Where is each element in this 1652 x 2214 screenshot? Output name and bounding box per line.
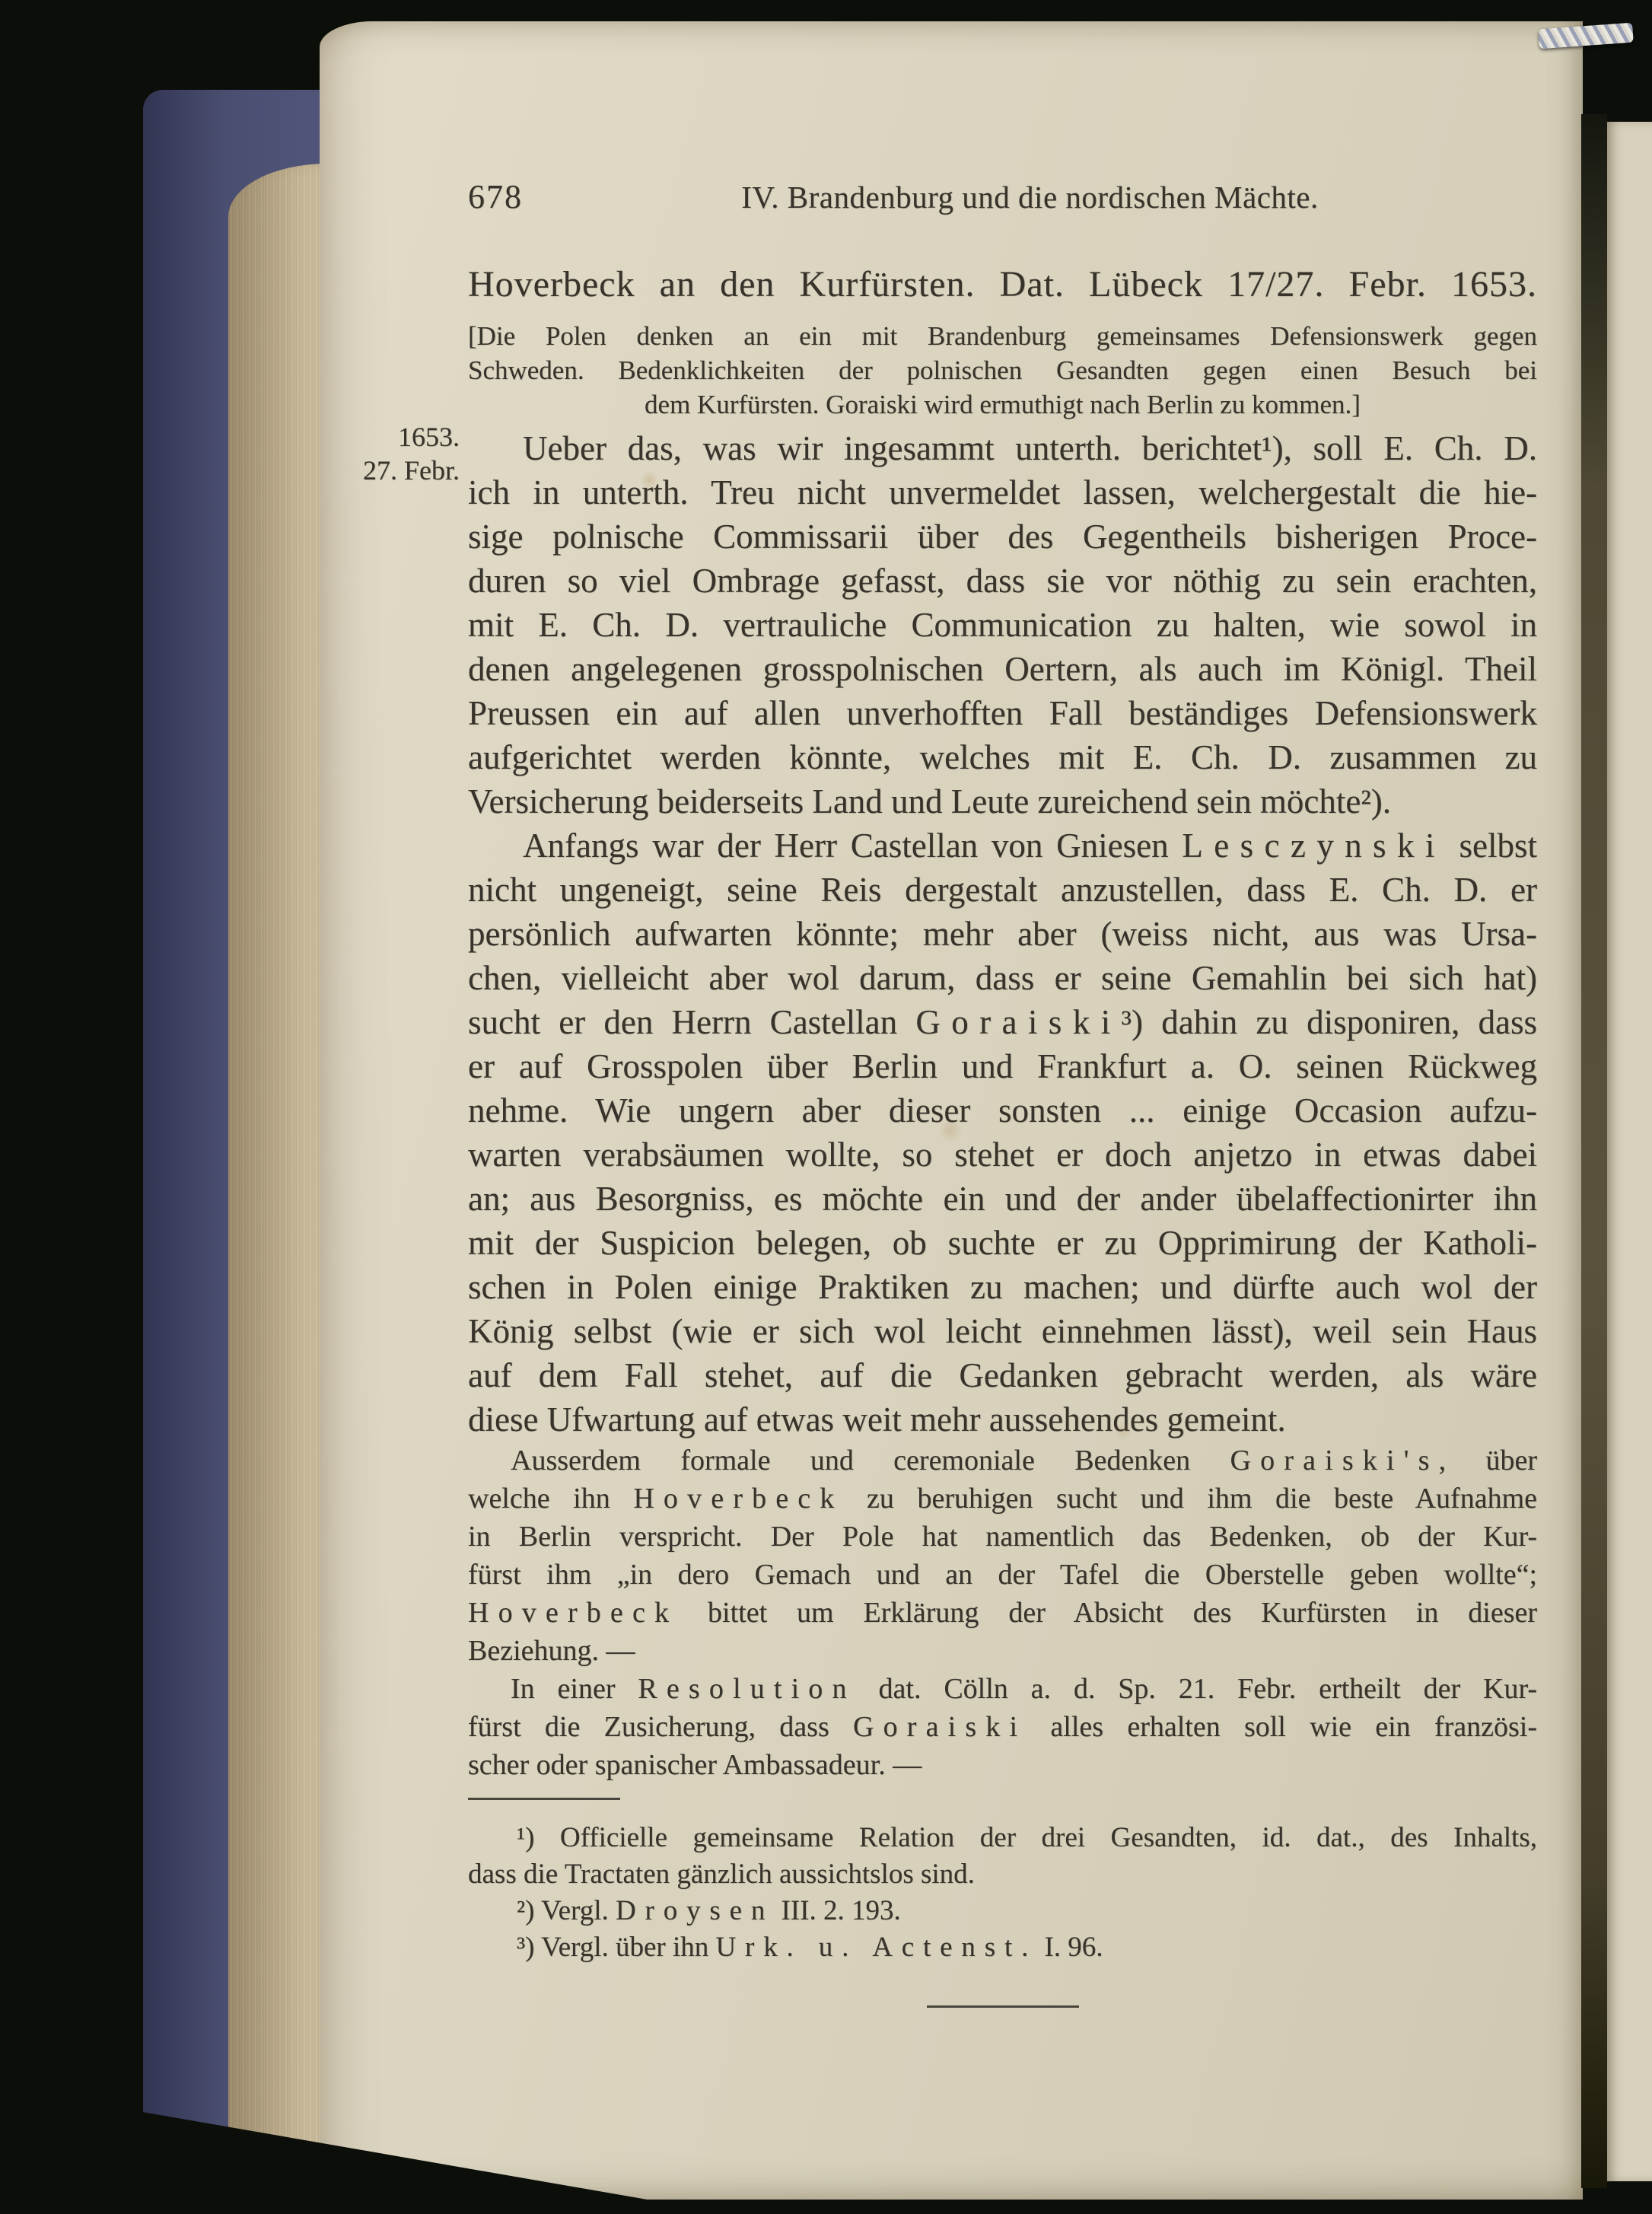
text-line: mit der Suspicion belegen, ob suchte er … (468, 1221, 1537, 1265)
text-line: Ausserdem formale und ceremoniale Bedenk… (468, 1441, 1537, 1480)
paragraph: Anfangs war der Herr Castellan von Gnies… (468, 823, 1537, 1441)
text-line: diese Ufwartung auf etwas weit mehr auss… (468, 1397, 1537, 1441)
text-line: ¹) Officielle gemeinsame Relation der dr… (468, 1820, 1537, 1856)
page-head: 678 IV. Brandenburg und die nordischen M… (468, 177, 1537, 217)
footnotes: ¹) Officielle gemeinsame Relation der dr… (468, 1820, 1537, 1966)
letterspaced-text: Droysen (616, 1895, 774, 1926)
running-header: IV. Brandenburg und die nordischen Mächt… (523, 179, 1537, 215)
book-page: 678 IV. Brandenburg und die nordischen M… (320, 21, 1583, 2200)
text-line: ³) Vergl. über ihn Urk. u. Actenst. I. 9… (468, 1929, 1537, 1966)
text-line: [Die Polen denken an ein mit Brandenburg… (468, 319, 1537, 353)
text-line: chen, vielleicht aber wol darum, dass er… (468, 956, 1537, 1000)
text-line: fürst die Zusicherung, dass Goraiski all… (468, 1708, 1537, 1746)
footnote-separator (468, 1798, 620, 1800)
text-line: er auf Grosspolen über Berlin und Frankf… (468, 1044, 1537, 1088)
text-line: scher oder spanischer Ambassadeur. — (468, 1746, 1537, 1784)
text-line: In einer Resolution dat. Cölln a. d. Sp.… (468, 1670, 1537, 1708)
letterspaced-text: Goraiski (915, 1003, 1121, 1041)
text-line: fürst ihm „in dero Gemach und an der Taf… (468, 1556, 1537, 1594)
text-line: Versicherung beiderseits Land und Leute … (468, 779, 1537, 823)
text-line: ²) Vergl. Droysen III. 2. 193. (468, 1893, 1537, 1929)
page-gutter-shadow (1581, 114, 1607, 2188)
letterspaced-text: Resolution (638, 1673, 855, 1705)
text-line: aufgerichtet werden könnte, welches mit … (468, 735, 1537, 779)
text-line: in Berlin verspricht. Der Pole hat namen… (468, 1518, 1537, 1556)
text-line: sucht er den Herrn Castellan Goraiski³) … (468, 1000, 1537, 1044)
margin-date-note: 1653. 27. Febr. (339, 420, 470, 487)
next-page-edge (1607, 122, 1652, 2181)
footnote: ³) Vergl. über ihn Urk. u. Actenst. I. 9… (468, 1929, 1537, 1966)
text-line: Schweden. Bedenklichkeiten der polnische… (468, 353, 1537, 387)
summary: [Die Polen denken an ein mit Brandenburg… (468, 319, 1537, 422)
text-line: sige polnische Commissarii über des Gege… (468, 514, 1537, 559)
text-line: mit E. Ch. D. vertrauliche Communication… (468, 603, 1537, 647)
letterspaced-text: Goraiski's (1230, 1445, 1439, 1477)
text-line: Hoverbeck bittet um Erklärung der Absich… (468, 1594, 1537, 1632)
text-line: warten verabsäumen wollte, so stehet er … (468, 1132, 1537, 1177)
text-line: an; aus Besorgniss, es möchte ein und de… (468, 1177, 1537, 1221)
text-line: Preussen ein auf allen unverhofften Fall… (468, 691, 1537, 735)
text-line: welche ihn Hoverbeck zu beruhigen sucht … (468, 1480, 1537, 1518)
text-line: König selbst (wie er sich wol leicht ein… (468, 1309, 1537, 1353)
letterspaced-text: Hoverbeck (468, 1597, 678, 1629)
footnote: ²) Vergl. Droysen III. 2. 193. (468, 1893, 1537, 1929)
text-line: nicht ungeneigt, seine Reis dergestalt a… (468, 868, 1537, 912)
letterspaced-text: Lesczynski (1182, 827, 1445, 865)
text-line: persönlich aufwarten könnte; mehr aber (… (468, 912, 1537, 956)
section-end-rule (927, 2005, 1079, 2008)
text-line: Ueber das, was wir ingesammt unterth. be… (468, 426, 1537, 470)
letterspaced-text: Urk. u. Actenst. (716, 1932, 1038, 1963)
photo-shadow-bottom (0, 2200, 1652, 2214)
text-line: Beziehung. — (468, 1632, 1537, 1670)
text-line: Anfangs war der Herr Castellan von Gnies… (468, 823, 1537, 868)
text-line: dem Kurfürsten. Goraiski wird ermuthigt … (468, 387, 1537, 422)
text-line: ich in unterth. Treu nicht unvermeldet l… (468, 470, 1537, 514)
text-line: auf dem Fall stehet, auf die Gedanken ge… (468, 1353, 1537, 1397)
text-line: nehme. Wie ungern aber dieser sonsten ..… (468, 1088, 1537, 1132)
margin-year: 1653. (339, 420, 460, 454)
text-line: denen angelegenen grosspolnischen Oerter… (468, 647, 1537, 691)
margin-day: 27. Febr. (339, 454, 460, 487)
letterspaced-text: Goraiski (853, 1711, 1027, 1743)
book-photo: 678 IV. Brandenburg und die nordischen M… (0, 0, 1652, 2214)
text-line: schen in Polen einige Praktiken zu mache… (468, 1265, 1537, 1309)
page-number: 678 (468, 177, 523, 216)
body-paragraphs: Ueber das, was wir ingesammt unterth. be… (468, 426, 1537, 1784)
footnote: ¹) Officielle gemeinsame Relation der dr… (468, 1820, 1537, 1893)
text-line: duren so viel Ombrage gefasst, dass sie … (468, 559, 1537, 603)
text-line: dass die Tractaten gänzlich aussichtslos… (468, 1856, 1537, 1893)
paragraph: In einer Resolution dat. Cölln a. d. Sp.… (468, 1670, 1537, 1784)
paragraph: Ausserdem formale und ceremoniale Bedenk… (468, 1441, 1537, 1670)
letterspaced-text: Hoverbeck (633, 1483, 843, 1515)
document-title: Hoverbeck an den Kurfürsten. Dat. Lübeck… (468, 261, 1537, 308)
paragraph: Ueber das, was wir ingesammt unterth. be… (468, 426, 1537, 823)
